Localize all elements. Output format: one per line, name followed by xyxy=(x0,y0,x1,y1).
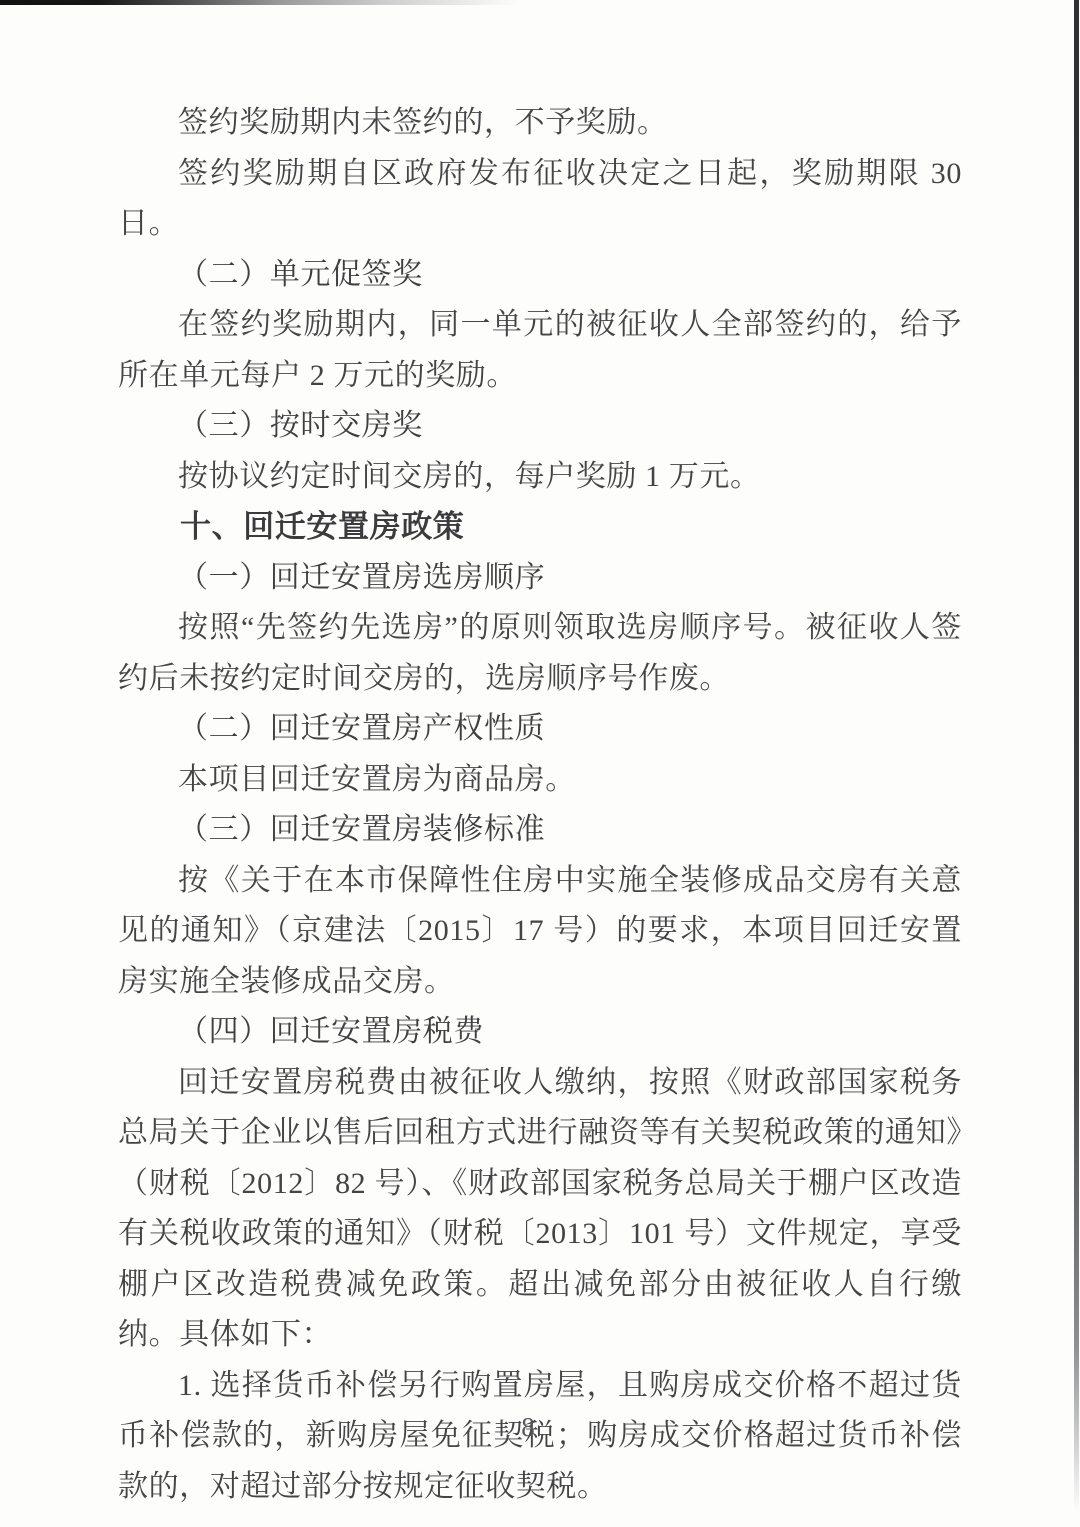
subsection-heading: （四）回迁安置房税费 xyxy=(118,1007,962,1058)
body-paragraph: 回迁安置房税费由被征收人缴纳，按照《财政部国家税务总局关于企业以售后回租方式进行… xyxy=(118,1058,962,1361)
body-paragraph: 签约奖励期内未签约的，不予奖励。 xyxy=(118,98,962,149)
subsection-heading: （三）按时交房奖 xyxy=(118,401,962,452)
scanned-document-page: 签约奖励期内未签约的，不予奖励。签约奖励期自区政府发布征收决定之日起，奖励期限 … xyxy=(0,0,1080,1527)
scan-artifact-right-edge xyxy=(1074,0,1079,1527)
document-body: 签约奖励期内未签约的，不予奖励。签约奖励期自区政府发布征收决定之日起，奖励期限 … xyxy=(118,98,962,1512)
body-paragraph: 按协议约定时间交房的，每户奖励 1 万元。 xyxy=(118,452,962,503)
subsection-heading: （二）单元促签奖 xyxy=(118,250,962,301)
scan-artifact-top-edge xyxy=(0,0,1080,5)
section-heading: 十、回迁安置房政策 xyxy=(118,502,962,553)
body-paragraph: 签约奖励期自区政府发布征收决定之日起，奖励期限 30 日。 xyxy=(118,149,962,250)
subsection-heading: （一）回迁安置房选房顺序 xyxy=(118,553,962,604)
page-number: 8 xyxy=(521,1412,535,1442)
page-footer: 8 xyxy=(0,1412,1080,1443)
subsection-heading: （三）回迁安置房装修标准 xyxy=(118,805,962,856)
body-paragraph: 按照“先签约先选房”的原则领取选房顺序号。被征收人签约后未按约定时间交房的，选房… xyxy=(118,603,962,704)
body-paragraph: 在签约奖励期内，同一单元的被征收人全部签约的，给予所在单元每户 2 万元的奖励。 xyxy=(118,300,962,401)
subsection-heading: （二）回迁安置房产权性质 xyxy=(118,704,962,755)
body-paragraph: 按《关于在本市保障性住房中实施全装修成品交房有关意见的通知》（京建法〔2015〕… xyxy=(118,856,962,1008)
body-paragraph: 本项目回迁安置房为商品房。 xyxy=(118,755,962,806)
